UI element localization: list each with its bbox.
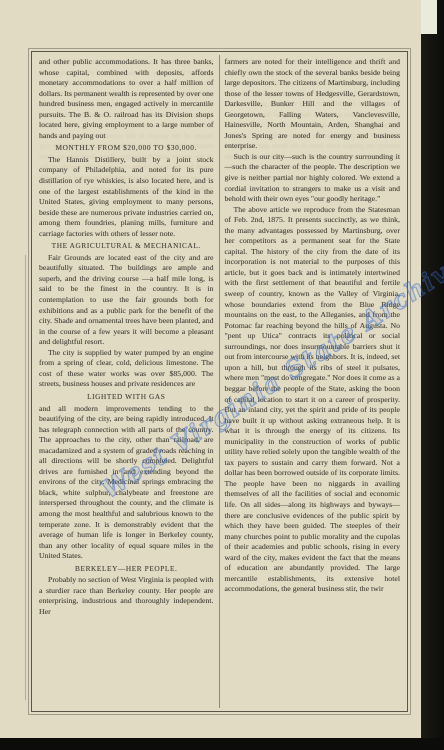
heading-monthly-payroll: MONTHLY FROM $20,000 TO $30,000. — [39, 143, 214, 154]
paragraph-invitation: Such is our city—such is the country sur… — [225, 152, 401, 205]
text-columns: to the people of the State among them no… — [34, 55, 405, 708]
paragraph-hannis-distillery: The Hannis Distillery, built by a joint … — [39, 155, 214, 239]
paragraph-city-improvements: and all modern improvements tending to t… — [39, 404, 214, 562]
heading-lighted-with-gas: LIGHTED WITH GAS — [39, 392, 214, 403]
scanner-bed-bottom-strip — [0, 738, 444, 750]
paragraph-berkeley-people-intro: Probably no section of West Virginia is … — [39, 575, 214, 617]
paragraph-fair-grounds: Fair Grounds are located east of the cit… — [39, 253, 214, 348]
page-corner-tab — [421, 0, 437, 34]
scanner-bed-right-strip — [421, 0, 444, 750]
paragraph-statesman-article: The above article we reproduce from the … — [225, 205, 401, 595]
left-column: to the people of the State among them no… — [34, 55, 220, 708]
paragraph-water-works: The city is supplied by water pumped by … — [39, 348, 214, 390]
printed-page-frame: to the people of the State among them no… — [31, 51, 408, 712]
paragraph-farmers: farmers are noted for their intelligence… — [225, 57, 401, 152]
paragraph-accommodations: and other public accommodations. It has … — [39, 57, 214, 141]
heading-berkeley-her-people: BERKELEY—HER PEOPLE. — [39, 564, 214, 575]
right-column: to the people of the State among them no… — [220, 55, 406, 708]
scanned-page: to the people of the State among them no… — [0, 0, 421, 739]
underlying-page-edge — [25, 255, 26, 700]
heading-agricultural-mechanical: THE AGRICULTURAL & MECHANICAL. — [39, 241, 214, 252]
